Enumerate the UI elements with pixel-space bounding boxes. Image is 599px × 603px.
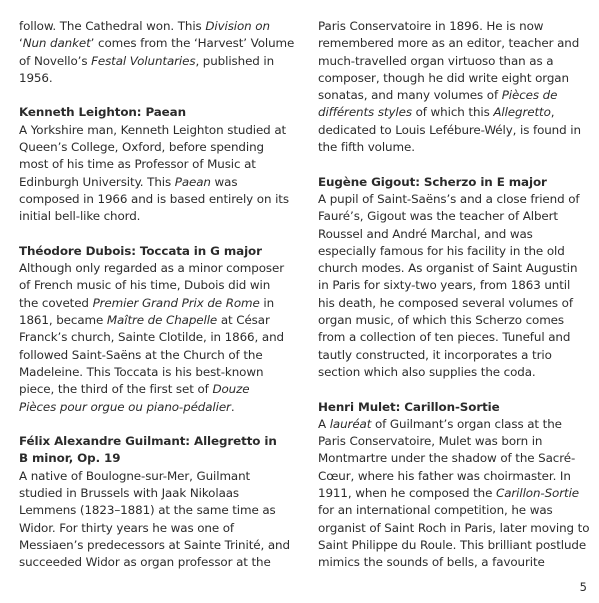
text-segment: organ music, of which this Scherzo comes xyxy=(318,313,564,327)
body-text-line: A lauréat of Guilmant’s organ class at t… xyxy=(318,416,593,433)
text-segment: Edinburgh University. This xyxy=(19,175,175,189)
body-text-line: Paris Conservatoire, Mulet was born in xyxy=(318,433,593,450)
body-text-line: Edinburgh University. This Paean was xyxy=(19,174,295,191)
body-text-line: organ music, of which this Scherzo comes xyxy=(318,312,593,329)
text-segment: tautly constructed, it incorporates a tr… xyxy=(318,348,552,362)
body-text-line: of Novello’s Festal Voluntaries, publish… xyxy=(19,53,295,70)
italic-title-text: Allegretto xyxy=(493,105,550,119)
italic-title-text: Division on xyxy=(205,19,270,33)
text-segment: Henri Mulet: Carillon-Sortie xyxy=(318,400,500,414)
body-text-line: Fauré’s, Gigout was the teacher of Alber… xyxy=(318,208,593,225)
text-segment: Félix Alexandre Guilmant: Allegretto in xyxy=(19,434,277,448)
body-text-line: studied in Brussels with Jaak Nikolaas xyxy=(19,485,295,502)
text-segment: much-travelled organ virtuoso than as a xyxy=(318,54,553,68)
text-segment: most of his time as Professor of Music a… xyxy=(19,157,256,171)
body-text-line: Widor. For thirty years he was one of xyxy=(19,520,295,537)
text-segment: , xyxy=(551,105,555,119)
text-segment: Queen’s College, Oxford, before spending xyxy=(19,140,264,154)
body-text-line: Messiaen’s predecessors at Sainte Trinit… xyxy=(19,537,295,554)
italic-title-text: Douze xyxy=(212,382,249,396)
text-segment: the fifth volume. xyxy=(318,140,415,154)
body-text-line: organist of Saint Roch in Paris, later m… xyxy=(318,520,593,537)
body-text-line: Franck’s church, Sainte Clotilde, in 186… xyxy=(19,329,295,346)
body-text-line: mimics the sounds of bells, a favourite xyxy=(318,554,593,571)
body-text-line: from a collection of ten pieces. Tuneful… xyxy=(318,329,593,346)
body-text-line: 1911, when he composed the Carillon-Sort… xyxy=(318,485,593,502)
page-number: 5 xyxy=(580,580,587,594)
text-segment: of Novello’s xyxy=(19,54,91,68)
text-segment: A native of Boulogne-sur-Mer, Guilmant xyxy=(19,469,250,483)
body-text-line: composer, though he did write eight orga… xyxy=(318,70,593,87)
body-text-line: A Yorkshire man, Kenneth Leighton studie… xyxy=(19,122,295,139)
text-segment: followed Saint-Saëns at the Church of th… xyxy=(19,348,263,362)
text-segment: initial bell-like chord. xyxy=(19,209,140,223)
body-text-line: Montmartre under the shadow of the Sacré… xyxy=(318,450,593,467)
text-segment: section which also supplies the coda. xyxy=(318,365,536,379)
body-text-line: ‘Nun danket’ comes from the ‘Harvest’ Vo… xyxy=(19,35,295,52)
text-segment: Franck’s church, Sainte Clotilde, in 186… xyxy=(19,330,284,344)
section-heading: B minor, Op. 19 xyxy=(19,450,295,467)
body-text-line: tautly constructed, it incorporates a tr… xyxy=(318,347,593,364)
text-segment: Messiaen’s predecessors at Sainte Trinit… xyxy=(19,538,290,552)
text-segment: . xyxy=(231,400,235,414)
text-segment: organist of Saint Roch in Paris, later m… xyxy=(318,521,589,535)
text-segment: composer, though he did write eight orga… xyxy=(318,71,569,85)
text-segment: Madeleine. This Toccata is his best-know… xyxy=(19,365,263,379)
italic-title-text: différents styles xyxy=(318,105,412,119)
text-segment: Kenneth Leighton: Paean xyxy=(19,105,186,119)
body-text-line: section which also supplies the coda. xyxy=(318,364,593,381)
text-segment: Cœur, where his father was choirmaster. … xyxy=(318,469,571,483)
text-segment: sonatas, and many volumes of xyxy=(318,88,502,102)
body-text-line: Madeleine. This Toccata is his best-know… xyxy=(19,364,295,381)
body-text-line: most of his time as Professor of Music a… xyxy=(19,156,295,173)
text-segment: from a collection of ten pieces. Tuneful… xyxy=(318,330,570,344)
text-segment: remembered more as an editor, teacher an… xyxy=(318,36,579,50)
text-segment: in Paris for sixty-two years, from 1863 … xyxy=(318,278,570,292)
text-segment: Although only regarded as a minor compos… xyxy=(19,261,284,275)
text-segment: in xyxy=(260,296,274,310)
body-text-line: composed in 1966 and is based entirely o… xyxy=(19,191,295,208)
text-segment: the coveted xyxy=(19,296,93,310)
italic-title-text: Pièces pour orgue ou piano-pédalier xyxy=(19,400,231,414)
text-segment: studied in Brussels with Jaak Nikolaas xyxy=(19,486,239,500)
text-segment: Saint Philippe du Roule. This brilliant … xyxy=(318,538,586,552)
text-segment: for an international competition, he was xyxy=(318,503,553,517)
body-text-line: Queen’s College, Oxford, before spending xyxy=(19,139,295,156)
body-text-line: Although only regarded as a minor compos… xyxy=(19,260,295,277)
text-segment: piece, the third of the first set of xyxy=(19,382,212,396)
body-text-line: sonatas, and many volumes of Pièces de xyxy=(318,87,593,104)
text-segment: of Guilmant’s organ class at the xyxy=(371,417,562,431)
paragraph-spacer xyxy=(19,87,295,104)
text-segment: A Yorkshire man, Kenneth Leighton studie… xyxy=(19,123,286,137)
body-text-line: much-travelled organ virtuoso than as a xyxy=(318,53,593,70)
text-segment: Paris Conservatoire, Mulet was born in xyxy=(318,434,542,448)
text-segment: was xyxy=(211,175,238,189)
text-segment: Lemmens (1823–1881) at the same time as xyxy=(19,503,276,517)
italic-title-text: Premier Grand Prix de Rome xyxy=(93,296,260,310)
italic-title-text: Pièces de xyxy=(502,88,558,102)
text-segment: Eugène Gigout: Scherzo in E major xyxy=(318,175,547,189)
text-segment: succeeded Widor as organ professor at th… xyxy=(19,555,271,569)
body-text-line: succeeded Widor as organ professor at th… xyxy=(19,554,295,571)
body-text-line: for an international competition, he was xyxy=(318,502,593,519)
italic-title-text: Paean xyxy=(175,175,211,189)
body-text-line: the fifth volume. xyxy=(318,139,593,156)
italic-title-text: lauréat xyxy=(330,417,372,431)
italic-title-text: Carillon-Sortie xyxy=(496,486,579,500)
left-column: follow. The Cathedral won. This Division… xyxy=(19,18,295,572)
body-text-line: différents styles of which this Allegret… xyxy=(318,104,593,121)
body-text-line: A native of Boulogne-sur-Mer, Guilmant xyxy=(19,468,295,485)
body-text-line: in Paris for sixty-two years, from 1863 … xyxy=(318,277,593,294)
section-heading: Théodore Dubois: Toccata in G major xyxy=(19,243,295,260)
paragraph-spacer xyxy=(19,226,295,243)
text-segment: Widor. For thirty years he was one of xyxy=(19,521,234,535)
body-text-line: his death, he composed several volumes o… xyxy=(318,295,593,312)
right-column: Paris Conservatoire in 1896. He is nowre… xyxy=(318,18,593,572)
text-segment: Montmartre under the shadow of the Sacré… xyxy=(318,451,575,465)
text-segment: dedicated to Louis Lefébure-Wély, is fou… xyxy=(318,123,581,137)
text-segment: his death, he composed several volumes o… xyxy=(318,296,573,310)
text-segment: Paris Conservatoire in 1896. He is now xyxy=(318,19,543,33)
section-heading: Félix Alexandre Guilmant: Allegretto in xyxy=(19,433,295,450)
paragraph-spacer xyxy=(318,156,593,173)
body-text-line: 1956. xyxy=(19,70,295,87)
body-text-line: A pupil of Saint-Saëns’s and a close fri… xyxy=(318,191,593,208)
section-heading: Henri Mulet: Carillon-Sortie xyxy=(318,399,593,416)
body-text-line: Paris Conservatoire in 1896. He is now xyxy=(318,18,593,35)
body-text-line: initial bell-like chord. xyxy=(19,208,295,225)
body-text-line: Cœur, where his father was choirmaster. … xyxy=(318,468,593,485)
body-text-line: piece, the third of the first set of Dou… xyxy=(19,381,295,398)
text-segment: Fauré’s, Gigout was the teacher of Alber… xyxy=(318,209,558,223)
section-heading: Eugène Gigout: Scherzo in E major xyxy=(318,174,593,191)
text-segment: mimics the sounds of bells, a favourite xyxy=(318,555,545,569)
body-text-line: the coveted Premier Grand Prix de Rome i… xyxy=(19,295,295,312)
text-segment: 1956. xyxy=(19,71,53,85)
text-segment: 1861, became xyxy=(19,313,107,327)
text-segment: follow. The Cathedral won. This xyxy=(19,19,205,33)
body-text-line: remembered more as an editor, teacher an… xyxy=(318,35,593,52)
text-segment: A pupil of Saint-Saëns’s and a close fri… xyxy=(318,192,579,206)
body-text-line: 1861, became Maître de Chapelle at César xyxy=(19,312,295,329)
italic-title-text: Maître de Chapelle xyxy=(107,313,217,327)
body-text-line: of French music of his time, Dubois did … xyxy=(19,277,295,294)
text-segment: Roussel and André Marchal, and was xyxy=(318,227,533,241)
italic-title-text: Nun danket xyxy=(23,36,91,50)
text-segment: of French music of his time, Dubois did … xyxy=(19,278,270,292)
text-segment: at César xyxy=(217,313,270,327)
body-text-line: Roussel and André Marchal, and was xyxy=(318,226,593,243)
text-segment: of which this xyxy=(412,105,493,119)
paragraph-spacer xyxy=(318,381,593,398)
body-text-line: Pièces pour orgue ou piano-pédalier. xyxy=(19,399,295,416)
text-segment: ’ comes from the ‘Harvest’ Volume xyxy=(91,36,295,50)
body-text-line: church modes. As organist of Saint Augus… xyxy=(318,260,593,277)
italic-title-text: Festal Voluntaries xyxy=(91,54,195,68)
text-segment: A xyxy=(318,417,330,431)
text-segment: composed in 1966 and is based entirely o… xyxy=(19,192,289,206)
body-text-line: dedicated to Louis Lefébure-Wély, is fou… xyxy=(318,122,593,139)
body-text-line: Saint Philippe du Roule. This brilliant … xyxy=(318,537,593,554)
body-text-line: followed Saint-Saëns at the Church of th… xyxy=(19,347,295,364)
paragraph-spacer xyxy=(19,416,295,433)
text-segment: church modes. As organist of Saint Augus… xyxy=(318,261,577,275)
section-heading: Kenneth Leighton: Paean xyxy=(19,104,295,121)
text-segment: especially famous for his facility in th… xyxy=(318,244,565,258)
text-segment: 1911, when he composed the xyxy=(318,486,496,500)
body-text-line: Lemmens (1823–1881) at the same time as xyxy=(19,502,295,519)
body-text-line: especially famous for his facility in th… xyxy=(318,243,593,260)
body-text-line: follow. The Cathedral won. This Division… xyxy=(19,18,295,35)
text-segment: B minor, Op. 19 xyxy=(19,451,120,465)
text-segment: , published in xyxy=(195,54,274,68)
text-segment: Théodore Dubois: Toccata in G major xyxy=(19,244,262,258)
